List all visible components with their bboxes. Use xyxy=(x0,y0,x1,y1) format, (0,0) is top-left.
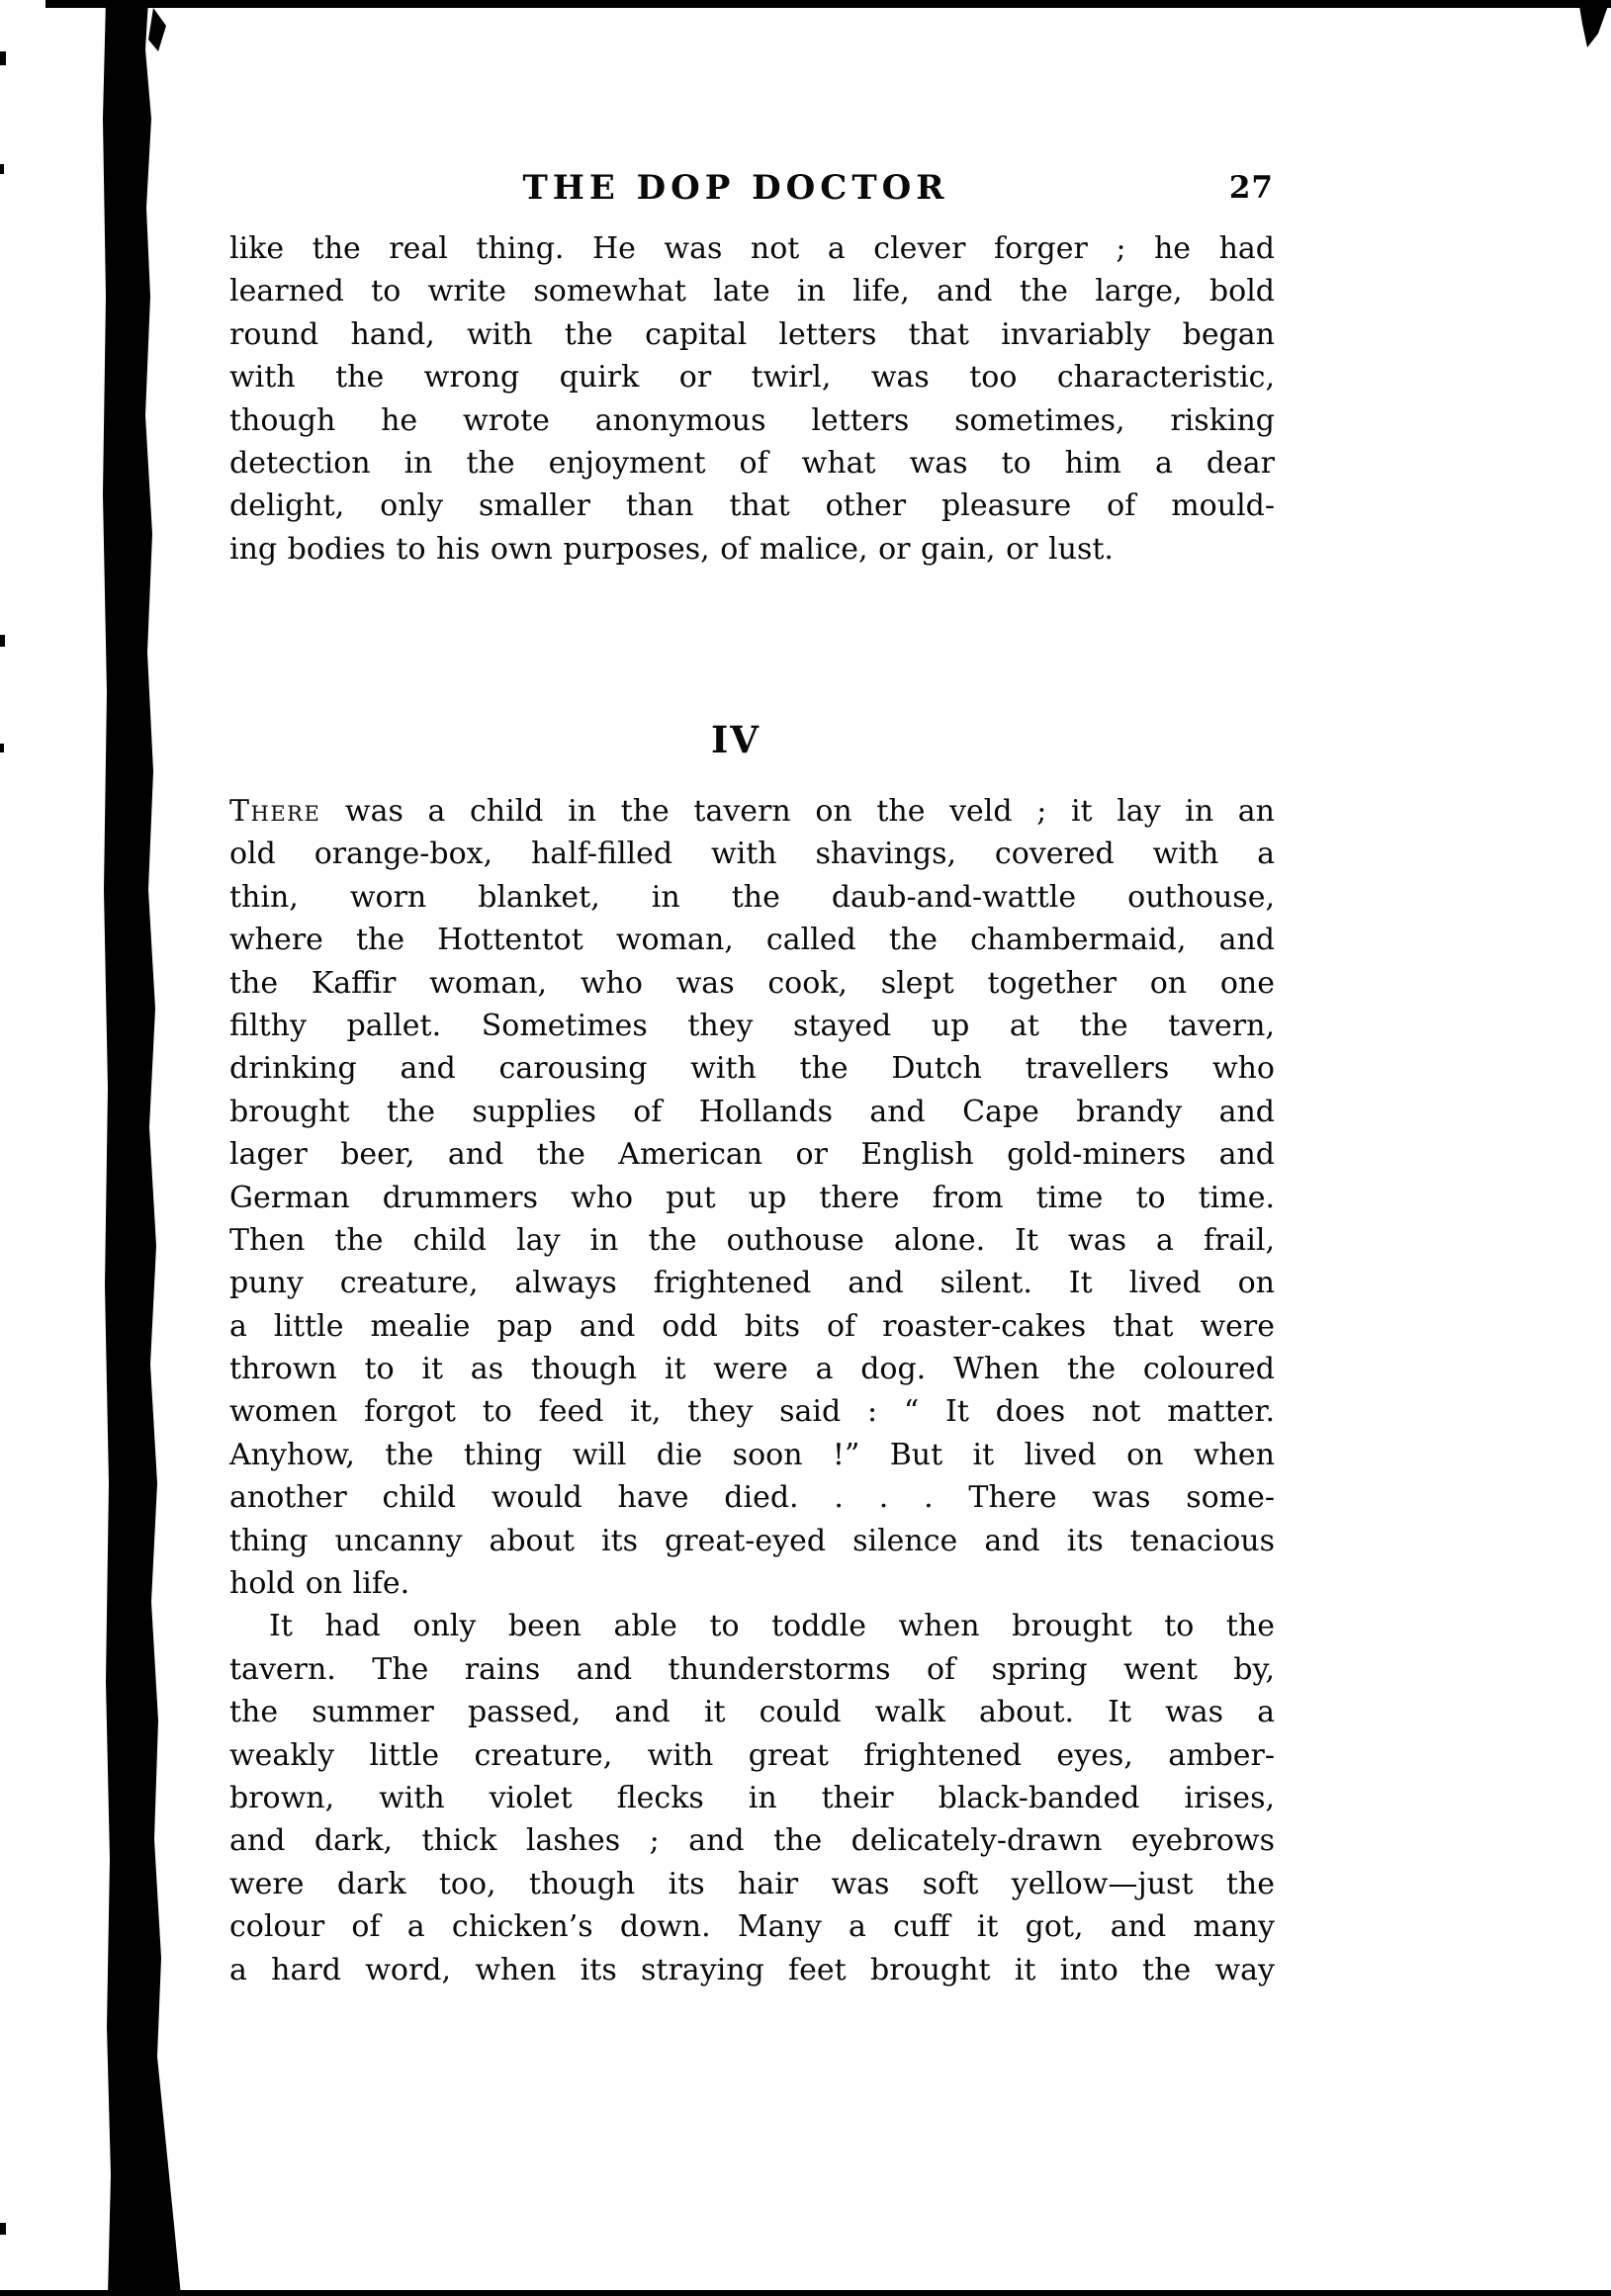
chapter-opener-word: There xyxy=(229,794,320,829)
text-line: filthy pallet. Sometimes they stayed up … xyxy=(229,1005,1275,1047)
text-line: though he wrote anonymous letters someti… xyxy=(229,399,1275,442)
scan-artifact xyxy=(0,2223,6,2235)
running-header: THE DOP DOCTOR xyxy=(214,164,1258,212)
text-line: round hand, with the capital letters tha… xyxy=(229,313,1275,356)
scan-corner-mark xyxy=(0,0,1611,59)
text-line: brown, with violet flecks in their black… xyxy=(229,1777,1275,1819)
chapter-number-heading: IV xyxy=(214,716,1258,763)
text-line: another child would have died. . . . The… xyxy=(229,1476,1275,1519)
text-line: weakly little creature, with great frigh… xyxy=(229,1734,1275,1777)
text-line: puny creature, always frightened and sil… xyxy=(229,1262,1275,1304)
chapter-body: There was a child in the tavern on the v… xyxy=(229,790,1275,1991)
text-line: with the wrong quirk or twirl, was too c… xyxy=(229,356,1275,398)
text-line: There was a child in the tavern on the v… xyxy=(229,790,1275,833)
text-line: a little mealie pap and odd bits of roas… xyxy=(229,1305,1275,1348)
text-line: brought the supplies of Hollands and Cap… xyxy=(229,1091,1275,1133)
text-line: were dark too, though its hair was soft … xyxy=(229,1863,1275,1905)
scan-artifact xyxy=(0,164,4,174)
scan-artifact xyxy=(0,51,6,65)
text-line: where the Hottentot woman, called the ch… xyxy=(229,919,1275,961)
text-line: and dark, thick lashes ; and the delicat… xyxy=(229,1819,1275,1862)
text-span: was a child in the tavern on the veld ; … xyxy=(320,794,1275,829)
text-line: like the real thing. He was not a clever… xyxy=(229,227,1275,270)
text-line: a hard word, when its straying feet brou… xyxy=(229,1949,1275,1991)
scan-artifact xyxy=(0,744,4,752)
text-line: thin, worn blanket, in the daub-and-watt… xyxy=(229,876,1275,919)
text-line: delight, only smaller than that other pl… xyxy=(229,485,1275,527)
text-line: the summer passed, and it could walk abo… xyxy=(229,1691,1275,1733)
text-line: German drummers who put up there from ti… xyxy=(229,1177,1275,1219)
binding-shadow-band xyxy=(0,0,218,2296)
text-line: detection in the enjoyment of what was t… xyxy=(229,442,1275,485)
book-page: THE DOP DOCTOR 27 like the real thing. H… xyxy=(0,0,1611,2296)
text-line: thing uncanny about its great-eyed silen… xyxy=(229,1520,1275,1562)
scan-artifact xyxy=(0,635,5,647)
text-line: thrown to it as though it were a dog. Wh… xyxy=(229,1348,1275,1390)
text-line: old orange-box, half-filled with shaving… xyxy=(229,833,1275,875)
page-number: 27 xyxy=(1229,164,1274,212)
paragraph-continuation: like the real thing. He was not a clever… xyxy=(229,227,1275,571)
text-line: tavern. The rains and thunderstorms of s… xyxy=(229,1648,1275,1691)
text-line: hold on life. xyxy=(229,1562,1275,1605)
text-line: learned to write somewhat late in life, … xyxy=(229,270,1275,312)
text-line: colour of a chicken’s down. Many a cuff … xyxy=(229,1905,1275,1948)
text-line: Then the child lay in the outhouse alone… xyxy=(229,1219,1275,1262)
text-line: It had only been able to toddle when bro… xyxy=(229,1605,1275,1647)
scan-bottom-edge xyxy=(0,2290,1611,2296)
text-line: drinking and carousing with the Dutch tr… xyxy=(229,1047,1275,1090)
text-line: ing bodies to his own purposes, of malic… xyxy=(229,528,1275,571)
text-line: women forgot to feed it, they said : “ I… xyxy=(229,1390,1275,1433)
text-line: the Kaffir woman, who was cook, slept to… xyxy=(229,962,1275,1005)
text-line: Anyhow, the thing will die soon !” But i… xyxy=(229,1434,1275,1476)
text-line: lager beer, and the American or English … xyxy=(229,1133,1275,1176)
page-header-row: THE DOP DOCTOR 27 xyxy=(229,164,1274,212)
